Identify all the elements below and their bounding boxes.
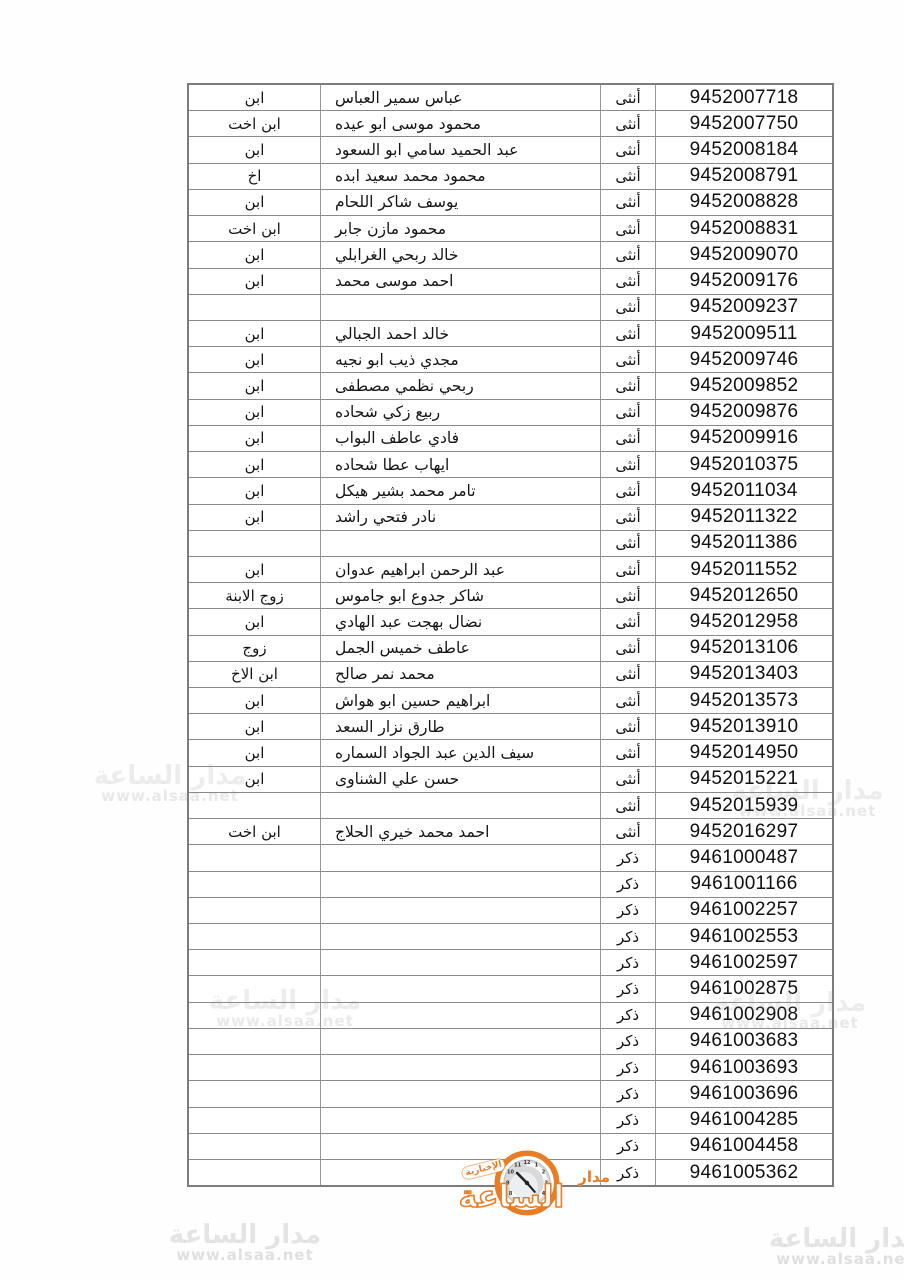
table-row: ابن خالد احمد الجبالي أنثى 9452009511 [189, 321, 832, 347]
table-row: ابن طارق نزار السعد أنثى 9452013910 [189, 714, 832, 740]
name-cell: نضال بهجت عبد الهادي [321, 609, 601, 634]
relation-cell: ابن [189, 137, 321, 162]
table-row: زوج الابنة شاكر جدوع ابو جاموس أنثى 9452… [189, 583, 832, 609]
table-row: ذكر 9461004285 [189, 1108, 832, 1134]
gender-cell: أنثى [601, 269, 656, 294]
svg-text:12: 12 [523, 1160, 531, 1166]
relation-cell: ابن [189, 85, 321, 110]
table-row: ابن سيف الدين عبد الجواد السماره أنثى 94… [189, 740, 832, 766]
relation-cell [189, 1160, 321, 1185]
relation-cell: ابن [189, 190, 321, 215]
id-number-cell: 9452008828 [656, 190, 832, 215]
name-cell: احمد محمد خيري الحلاج [321, 819, 601, 844]
watermark-bottom-right: مدار الساعة www.alsaa.net [710, 1226, 904, 1267]
gender-cell: ذكر [601, 1003, 656, 1028]
gender-cell: أنثى [601, 85, 656, 110]
table-row: ذكر 9461002908 [189, 1003, 832, 1029]
table-row: ابن نادر فتحي راشد أنثى 9452011322 [189, 505, 832, 531]
gender-cell: أنثى [601, 321, 656, 346]
gender-cell: أنثى [601, 505, 656, 530]
records-table: ابن عباس سمير العباس أنثى 9452007718 ابن… [187, 83, 834, 1187]
name-cell [321, 845, 601, 870]
relation-cell: ابن اخت [189, 216, 321, 241]
gender-cell: ذكر [601, 898, 656, 923]
id-number-cell: 9461004285 [656, 1108, 832, 1133]
relation-cell [189, 976, 321, 1001]
table-row: ابن اخت محمود مازن جابر أنثى 9452008831 [189, 216, 832, 242]
table-row: ابن يوسف شاكر اللحام أنثى 9452008828 [189, 190, 832, 216]
table-row: ابن عبد الحميد سامي ابو السعود أنثى 9452… [189, 137, 832, 163]
gender-cell: أنثى [601, 557, 656, 582]
gender-cell: ذكر [601, 976, 656, 1001]
relation-cell: ابن [189, 609, 321, 634]
relation-cell: ابن اخت [189, 111, 321, 136]
name-cell: نادر فتحي راشد [321, 505, 601, 530]
table-row: ذكر 9461003693 [189, 1055, 832, 1081]
id-number-cell: 9452016297 [656, 819, 832, 844]
id-number-cell: 9452007718 [656, 85, 832, 110]
gender-cell: أنثى [601, 426, 656, 451]
table-row: زوج عاطف خميس الجمل أنثى 9452013106 [189, 636, 832, 662]
id-number-cell: 9461001166 [656, 872, 832, 897]
name-cell [321, 793, 601, 818]
table-row: أنثى 9452011386 [189, 531, 832, 557]
relation-cell: ابن [189, 426, 321, 451]
gender-cell: أنثى [601, 478, 656, 503]
id-number-cell: 9452014950 [656, 740, 832, 765]
table-row: ابن مجدي ذيب ابو نجيه أنثى 9452009746 [189, 347, 832, 373]
watermark-url-text: www.alsaa.net [710, 1252, 904, 1267]
name-cell: احمد موسى محمد [321, 269, 601, 294]
relation-cell [189, 1003, 321, 1028]
name-cell: عبد الحميد سامي ابو السعود [321, 137, 601, 162]
id-number-cell: 9452011552 [656, 557, 832, 582]
id-number-cell: 9461000487 [656, 845, 832, 870]
name-cell: محمود موسى ابو عيده [321, 111, 601, 136]
id-number-cell: 9452008831 [656, 216, 832, 241]
gender-cell: ذكر [601, 1055, 656, 1080]
gender-cell: أنثى [601, 190, 656, 215]
name-cell: يوسف شاكر اللحام [321, 190, 601, 215]
gender-cell: أنثى [601, 793, 656, 818]
gender-cell: أنثى [601, 609, 656, 634]
id-number-cell: 9452011034 [656, 478, 832, 503]
name-cell [321, 1081, 601, 1106]
gender-cell: أنثى [601, 400, 656, 425]
name-cell: محمود محمد سعيد ابده [321, 164, 601, 189]
id-number-cell: 9461003683 [656, 1029, 832, 1054]
gender-cell: أنثى [601, 767, 656, 792]
table-row: ذكر 9461002553 [189, 924, 832, 950]
name-cell: عاطف خميس الجمل [321, 636, 601, 661]
relation-cell: ابن [189, 557, 321, 582]
relation-cell [189, 898, 321, 923]
id-number-cell: 9452011322 [656, 505, 832, 530]
relation-cell: ابن [189, 688, 321, 713]
name-cell: ابراهيم حسين ابو هواش [321, 688, 601, 713]
relation-cell: زوج [189, 636, 321, 661]
relation-cell [189, 295, 321, 320]
table-row: ابن ربحي نظمي مصطفى أنثى 9452009852 [189, 373, 832, 399]
name-cell [321, 898, 601, 923]
relation-cell: ابن [189, 321, 321, 346]
name-cell: عبد الرحمن ابراهيم عدوان [321, 557, 601, 582]
relation-cell [189, 531, 321, 556]
relation-cell: ابن [189, 478, 321, 503]
name-cell: مجدي ذيب ابو نجيه [321, 347, 601, 372]
relation-cell: ابن [189, 242, 321, 267]
relation-cell [189, 1134, 321, 1159]
gender-cell: أنثى [601, 583, 656, 608]
name-cell [321, 531, 601, 556]
table-row: ابن احمد موسى محمد أنثى 9452009176 [189, 269, 832, 295]
gender-cell: أنثى [601, 531, 656, 556]
id-number-cell: 9452007750 [656, 111, 832, 136]
watermark-bottom-left: مدار الساعة www.alsaa.net [110, 1222, 380, 1263]
id-number-cell: 9461002908 [656, 1003, 832, 1028]
watermark-url-text: www.alsaa.net [110, 1248, 380, 1263]
id-number-cell: 9461002597 [656, 950, 832, 975]
gender-cell: أنثى [601, 688, 656, 713]
madar-alsaa-logo: 121 23 45 67 89 1011 مدار الإخبارية السا… [452, 1143, 617, 1228]
id-number-cell: 9452013910 [656, 714, 832, 739]
name-cell: سيف الدين عبد الجواد السماره [321, 740, 601, 765]
id-number-cell: 9452009070 [656, 242, 832, 267]
table-row: ابن عباس سمير العباس أنثى 9452007718 [189, 85, 832, 111]
relation-cell [189, 1108, 321, 1133]
table-row: ابن عبد الرحمن ابراهيم عدوان أنثى 945201… [189, 557, 832, 583]
table-row: ابن الاخ محمد نمر صالح أنثى 9452013403 [189, 662, 832, 688]
table-row: ابن ايهاب عطا شحاده أنثى 9452010375 [189, 452, 832, 478]
table-row: ابن اخت احمد محمد خيري الحلاج أنثى 94520… [189, 819, 832, 845]
table-row: ابن ربيع زكي شحاده أنثى 9452009876 [189, 400, 832, 426]
table-row: ذكر 9461000487 [189, 845, 832, 871]
id-number-cell: 9461005362 [656, 1160, 832, 1185]
id-number-cell: 9452009746 [656, 347, 832, 372]
table-row: ذكر 9461002875 [189, 976, 832, 1002]
relation-cell: ابن [189, 714, 321, 739]
gender-cell: أنثى [601, 164, 656, 189]
table-row: ذكر 9461003696 [189, 1081, 832, 1107]
gender-cell: أنثى [601, 714, 656, 739]
relation-cell [189, 1029, 321, 1054]
table-row: ابن فادي عاطف البواب أنثى 9452009916 [189, 426, 832, 452]
table-row: ابن نضال بهجت عبد الهادي أنثى 9452012958 [189, 609, 832, 635]
relation-cell: ابن اخت [189, 819, 321, 844]
watermark-arabic-text: مدار الساعة [110, 1222, 380, 1248]
relation-cell [189, 924, 321, 949]
relation-cell: زوج الابنة [189, 583, 321, 608]
id-number-cell: 9452013106 [656, 636, 832, 661]
id-number-cell: 9452008184 [656, 137, 832, 162]
relation-cell [189, 845, 321, 870]
id-number-cell: 9452015221 [656, 767, 832, 792]
id-number-cell: 9452009176 [656, 269, 832, 294]
id-number-cell: 9452015939 [656, 793, 832, 818]
gender-cell: أنثى [601, 373, 656, 398]
name-cell: ربحي نظمي مصطفى [321, 373, 601, 398]
table-row: ابن حسن علي الشناوى أنثى 9452015221 [189, 767, 832, 793]
relation-cell: ابن [189, 505, 321, 530]
table-row: ذكر 9461001166 [189, 872, 832, 898]
gender-cell: ذكر [601, 1108, 656, 1133]
id-number-cell: 9452013403 [656, 662, 832, 687]
svg-text:1: 1 [535, 1162, 539, 1168]
name-cell [321, 1108, 601, 1133]
name-cell: عباس سمير العباس [321, 85, 601, 110]
name-cell: تامر محمد بشير هيكل [321, 478, 601, 503]
name-cell: ايهاب عطا شحاده [321, 452, 601, 477]
name-cell: محمد نمر صالح [321, 662, 601, 687]
table-row: ذكر 9461003683 [189, 1029, 832, 1055]
gender-cell: أنثى [601, 111, 656, 136]
relation-cell [189, 793, 321, 818]
id-number-cell: 9452009876 [656, 400, 832, 425]
id-number-cell: 9452011386 [656, 531, 832, 556]
gender-cell: ذكر [601, 845, 656, 870]
relation-cell: ابن [189, 269, 321, 294]
relation-cell: ابن الاخ [189, 662, 321, 687]
id-number-cell: 9452009511 [656, 321, 832, 346]
relation-cell: اخ [189, 164, 321, 189]
gender-cell: أنثى [601, 662, 656, 687]
name-cell: محمود مازن جابر [321, 216, 601, 241]
gender-cell: أنثى [601, 819, 656, 844]
table-row: ابن ابراهيم حسين ابو هواش أنثى 945201357… [189, 688, 832, 714]
id-number-cell: 9452009916 [656, 426, 832, 451]
id-number-cell: 9452013573 [656, 688, 832, 713]
id-number-cell: 9452012958 [656, 609, 832, 634]
gender-cell: ذكر [601, 950, 656, 975]
relation-cell [189, 1055, 321, 1080]
id-number-cell: 9452009237 [656, 295, 832, 320]
relation-cell: ابن [189, 767, 321, 792]
gender-cell: أنثى [601, 242, 656, 267]
document-page: ابن عباس سمير العباس أنثى 9452007718 ابن… [0, 0, 904, 1280]
name-cell [321, 872, 601, 897]
id-number-cell: 9452012650 [656, 583, 832, 608]
name-cell: ربيع زكي شحاده [321, 400, 601, 425]
table-row: اخ محمود محمد سعيد ابده أنثى 9452008791 [189, 164, 832, 190]
id-number-cell: 9461003696 [656, 1081, 832, 1106]
table-row: ذكر 9461002257 [189, 898, 832, 924]
table-row: ابن خالد ربحي الغرابلي أنثى 9452009070 [189, 242, 832, 268]
relation-cell: ابن [189, 400, 321, 425]
relation-cell: ابن [189, 452, 321, 477]
gender-cell: ذكر [601, 1029, 656, 1054]
id-number-cell: 9461004458 [656, 1134, 832, 1159]
id-number-cell: 9452009852 [656, 373, 832, 398]
id-number-cell: 9461002257 [656, 898, 832, 923]
gender-cell: ذكر [601, 872, 656, 897]
relation-cell [189, 1081, 321, 1106]
svg-text:11: 11 [514, 1162, 522, 1168]
id-number-cell: 9452010375 [656, 452, 832, 477]
gender-cell: أنثى [601, 740, 656, 765]
name-cell: حسن علي الشناوى [321, 767, 601, 792]
name-cell: خالد ربحي الغرابلي [321, 242, 601, 267]
relation-cell: ابن [189, 347, 321, 372]
logo-word-alsaa: الساعة [454, 1179, 564, 1215]
table-row: أنثى 9452009237 [189, 295, 832, 321]
id-number-cell: 9452008791 [656, 164, 832, 189]
name-cell [321, 295, 601, 320]
gender-cell: ذكر [601, 1081, 656, 1106]
id-number-cell: 9461003693 [656, 1055, 832, 1080]
gender-cell: أنثى [601, 137, 656, 162]
table-row: ذكر 9461002597 [189, 950, 832, 976]
gender-cell: ذكر [601, 924, 656, 949]
name-cell [321, 950, 601, 975]
name-cell: خالد احمد الجبالي [321, 321, 601, 346]
name-cell [321, 1029, 601, 1054]
name-cell: طارق نزار السعد [321, 714, 601, 739]
name-cell [321, 976, 601, 1001]
relation-cell: ابن [189, 740, 321, 765]
name-cell [321, 924, 601, 949]
id-number-cell: 9461002553 [656, 924, 832, 949]
relation-cell [189, 872, 321, 897]
gender-cell: أنثى [601, 636, 656, 661]
gender-cell: أنثى [601, 347, 656, 372]
name-cell: شاكر جدوع ابو جاموس [321, 583, 601, 608]
gender-cell: أنثى [601, 216, 656, 241]
gender-cell: أنثى [601, 295, 656, 320]
name-cell [321, 1055, 601, 1080]
table-row: ابن تامر محمد بشير هيكل أنثى 9452011034 [189, 478, 832, 504]
svg-text:10: 10 [507, 1170, 515, 1176]
table-row: ابن اخت محمود موسى ابو عيده أنثى 9452007… [189, 111, 832, 137]
id-number-cell: 9461002875 [656, 976, 832, 1001]
table-row: أنثى 9452015939 [189, 793, 832, 819]
name-cell [321, 1003, 601, 1028]
svg-text:2: 2 [542, 1170, 546, 1176]
watermark-arabic-text: مدار الساعة [710, 1226, 904, 1252]
gender-cell: أنثى [601, 452, 656, 477]
name-cell: فادي عاطف البواب [321, 426, 601, 451]
relation-cell: ابن [189, 373, 321, 398]
relation-cell [189, 950, 321, 975]
